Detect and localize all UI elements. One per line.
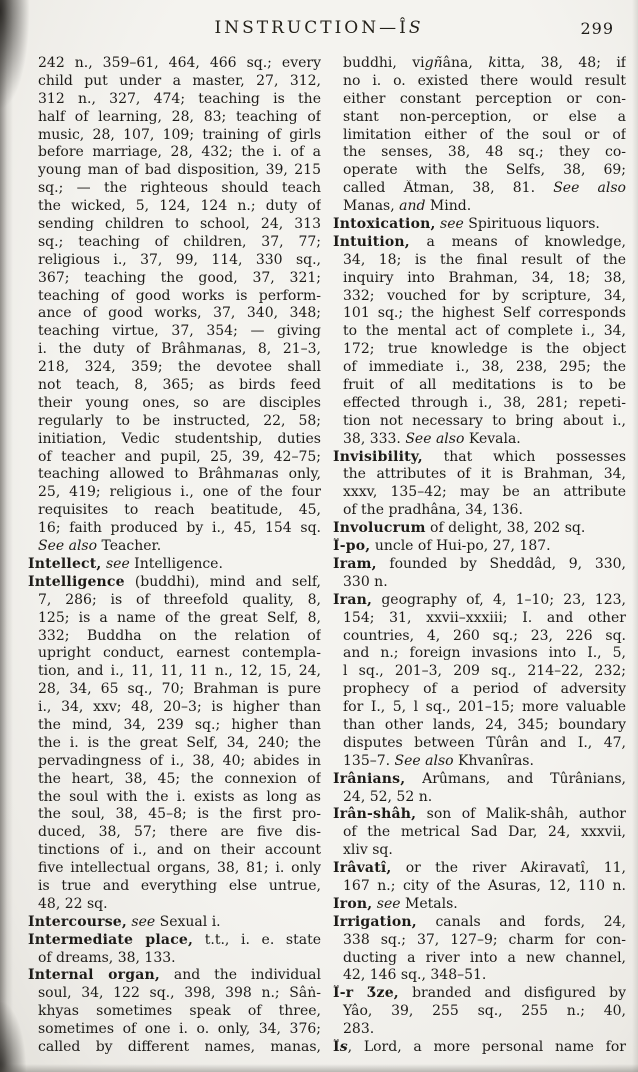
text-run: 7, 286; is of threefold quality, 8, [38,592,321,608]
text-run: n [217,341,226,357]
index-line: five intellectual organs, 38, 81; i. onl… [28,860,321,878]
index-line: 172; true knowledge is the object [333,341,626,359]
index-line: 125; is a name of the great Self, 8, [28,610,321,628]
text-run: khyas sometimes speak of three, [38,1003,321,1019]
text-run: xxxv, 135–42; may be an attribute [343,484,626,500]
text-run: canals and fords, 24, [417,914,626,930]
text-run: 34, 18; is the final result of the [343,252,626,268]
text-run: 42, 146 sq., 348–51. [343,967,486,983]
index-line: called Âtman, 38, 81. See also [333,180,626,198]
text-run: branded and disfigured by [399,985,626,1001]
index-entry-line: Iron, see Metals. [333,896,626,914]
text-run: religious i., 37, 99, 114, 330 sq., [38,252,321,268]
text-run: sending children to school, 24, 313 [38,216,321,232]
index-line: 167 n.; city of the Asuras, 12, 110 n. [333,878,626,896]
index-line: the i. is the great Self, 34, 240; the [28,735,321,753]
entry-headword: Î-r Ʒze, [333,985,399,1001]
text-run: 25, 419; religious i., one of the four [38,484,321,500]
text-run: 16; faith produced by i., 45, 154 sq. [38,520,321,536]
text-run: Khvanîras. [454,753,534,769]
text-run: Sexual i. [155,914,220,930]
text-run: to the mental act of complete i., 34, [343,323,626,339]
text-run: either constant perception or con- [343,91,626,107]
index-line: 28, 34, 65 sq., 70; Brahman is pure [28,681,321,699]
text-run: âna, [443,55,489,71]
text-run: pervadingness of i., 38, 40; abides in [38,753,321,769]
text-run: the mind, 34, 239 sq.; higher than [38,717,321,733]
text-run: fruit of all meditations is to be [343,377,626,393]
text-run: disputes between Tûrân and I., 47, [343,735,626,751]
index-entry-line: Intuition, a means of knowledge, [333,234,626,252]
index-line: effected through i., 38, 281; repeti- [333,395,626,413]
index-line: requisites to reach beatitude, 45, [28,502,321,520]
text-run: 332; Buddha on the relation of [38,628,321,644]
index-line: of dreams, 38, 133. [28,950,321,968]
text-run: gñ [425,55,443,71]
entry-headword: Intuition, [333,234,410,250]
index-line: and n.; foreign invasions into I., 5, [333,645,626,663]
text-columns: 242 n., 359–61, 464, 466 sq.; everychild… [28,55,626,1057]
page-number: 299 [580,19,614,38]
index-line: 101 sq.; the highest Self corresponds [333,305,626,323]
index-entry-line: Î-r Ʒze, branded and disfigured by [333,985,626,1003]
text-run: requisites to reach beatitude, 45, [38,502,321,518]
text-run: 101 sq.; the highest Self corresponds [343,305,626,321]
text-run: teaching of good works is perform- [38,288,321,304]
text-run: , Lord, a more personal name for [348,1039,626,1055]
index-line: 218, 324, 359; the devotee shall [28,359,321,377]
index-line: sq.; — the righteous should teach [28,180,321,198]
text-run: music, 28, 107, 109; training of girls [38,127,321,143]
entry-headword: Intelligence [28,574,125,590]
text-run: 167 n.; city of the Asuras, 12, 110 n. [343,878,626,894]
text-run: young man of bad disposition, 39, 215 [38,162,321,178]
text-run: 332; vouched for by scripture, 34, [343,288,626,304]
index-line: teaching allowed to Brâhmanas only, [28,466,321,484]
index-line: khyas sometimes speak of three, [28,1003,321,1021]
index-entry-line: Î-po, uncle of Hui-po, 27, 187. [333,538,626,556]
index-line: inquiry into Brahman, 34, 18; 38, [333,270,626,288]
scan-edge-shadow-right [632,0,638,1072]
text-run: geography of, 4, 1–10; 23, 123, [372,592,626,608]
entry-headword: Intoxication, [333,216,436,232]
text-run: i., 34, xxv; 48, 20–3; is higher than [38,699,321,715]
index-line: not teach, 8, 365; as birds feed [28,377,321,395]
index-line: limitation either of the soul or of [333,127,626,145]
index-line: sq.; teaching of children, 37, 77; [28,234,321,252]
text-run: countries, 4, 260 sq.; 23, 226 sq. [343,628,626,644]
entry-headword: Irrigation, [333,914,417,930]
text-run: son of Malik-shâh, author [416,806,626,822]
index-line: 283. [333,1021,626,1039]
scan-corner-shadow-top-left [0,0,30,110]
index-line: young man of bad disposition, 39, 215 [28,162,321,180]
index-line: disputes between Tûrân and I., 47, [333,735,626,753]
text-run: (buddhi), mind and self, [125,574,321,590]
text-run: half of learning, 28, 83; teaching of [38,109,321,125]
text-run: Yâo, 39, 255 sq., 255 n.; 40, [343,1003,626,1019]
index-line: of the pradhâna, 34, 136. [333,502,626,520]
index-entry-line: Îs, Lord, a more personal name for [333,1039,626,1057]
index-line: the senses, 38, 48 sq.; they co- [333,144,626,162]
text-run: of immediate i., 38, 238, 295; the [343,359,626,375]
text-run: founded by Sheddâd, 9, 330, [377,556,626,572]
text-run: tinctions of i., and on their account [38,842,321,858]
text-run: see [440,216,464,232]
text-run: Metals. [401,896,458,912]
index-line: ducting a river into a new channel, [333,950,626,968]
index-line: fruit of all meditations is to be [333,377,626,395]
index-line: xxxv, 135–42; may be an attribute [333,484,626,502]
text-run: teaching virtue, 37, 354; — giving [38,323,321,339]
entry-headword: Intermediate place, [28,932,193,948]
index-line: operate with the Selfs, 38, 69; [333,162,626,180]
index-line: the soul, 38, 45–8; is the first pro- [28,806,321,824]
text-run: INSTRUCTION—Î [215,18,409,38]
text-run: See also [405,431,464,447]
text-run: 338 sq.; 37, 127–9; charm for con- [343,932,626,948]
text-run: k [488,55,496,71]
text-run: uncle of Hui-po, 27, 187. [370,538,550,554]
text-run: 242 n., 359–61, 464, 466 sq.; every [38,55,321,71]
text-column-right: buddhi, vigñâna, kitta, 38, 48; ifno i. … [333,55,626,1057]
text-run: upright conduct, earnest contempla- [38,645,321,661]
index-line: sending children to school, 24, 313 [28,216,321,234]
entry-headword: Involucrum [333,520,426,536]
index-line: 16; faith produced by i., 45, 154 sq. [28,520,321,538]
index-line: to the mental act of complete i., 34, [333,323,626,341]
entry-headword: s [340,1039,348,1055]
index-line: 135–7. See also Khvanîras. [333,753,626,771]
index-line: soul, 34, 122 sq., 398, 398 n.; Sâṅ- [28,985,321,1003]
text-run: as only, [263,466,321,482]
text-run: of delight, 38, 202 sq. [426,520,586,536]
text-run: of dreams, 38, 133. [38,950,176,966]
index-line: upright conduct, earnest contempla- [28,645,321,663]
text-run: initiation, Vedic studentship, duties [38,431,321,447]
index-line: of immediate i., 38, 238, 295; the [333,359,626,377]
text-run: the heart, 38, 45; the connexion of [38,771,321,787]
text-run: of the pradhâna, 34, 136. [343,502,523,518]
text-run: duced, 38, 57; there are five dis- [38,824,321,840]
book-page: INSTRUCTION—ÎS 299 242 n., 359–61, 464, … [0,0,638,1072]
text-run: 283. [343,1021,374,1037]
index-line: of the metrical Sad Dar, 24, xxxvii, [333,824,626,842]
text-run: 135–7. [343,753,395,769]
text-run: no i. o. existed there would result [343,73,626,89]
index-line: 312 n., 327, 474; teaching is the [28,91,321,109]
entry-headword: Internal organ, [28,967,160,983]
index-line: teaching virtue, 37, 354; — giving [28,323,321,341]
index-line: l sq., 201–3, 209 sq., 214–22, 232; [333,663,626,681]
text-run: prophecy of a period of adversity [343,681,626,697]
entry-headword: Intercourse, [28,914,127,930]
text-run: teaching allowed to Brâhma [38,466,254,482]
index-line: prophecy of a period of adversity [333,681,626,699]
index-entry-line: Intermediate place, t.t., i. e. state [28,932,321,950]
text-run: operate with the Selfs, 38, 69; [343,162,626,178]
text-run: Manas, [343,198,399,214]
scan-edge-shadow-bottom [0,1064,638,1072]
text-run: see [377,896,401,912]
text-run: inquiry into Brahman, 34, 18; 38, [343,270,626,286]
text-run: i. the duty of Brâhma [38,341,217,357]
index-line: 38, 333. See also Kevala. [333,431,626,449]
text-run: and the individual [160,967,321,983]
scan-corner-shadow-bottom-left [0,1002,26,1072]
index-line: countries, 4, 260 sq.; 23, 226 sq. [333,628,626,646]
index-line: initiation, Vedic studentship, duties [28,431,321,449]
entry-headword: Intellect, [28,556,102,572]
text-run: l sq., 201–3, 209 sq., 214–22, 232; [343,663,626,679]
entry-headword: Irâvatî, [333,860,391,876]
text-run: 125; is a name of the great Self, 8, [38,610,321,626]
index-line: is true and everything else untrue, [28,878,321,896]
running-header-title: INSTRUCTION—ÎS [0,18,638,38]
index-line: 367; teaching the good, 37, 321; [28,270,321,288]
text-run: sq.; — the righteous should teach [38,180,321,196]
index-line: buddhi, vigñâna, kitta, 38, 48; if [333,55,626,73]
text-column-left: 242 n., 359–61, 464, 466 sq.; everychild… [28,55,321,1057]
text-run: Arûmans, and Tûrânians, [405,771,626,787]
text-run: that which possesses [423,449,626,465]
index-line: their young ones, so are disciples [28,395,321,413]
text-run: called Âtman, 38, 81. [343,180,553,196]
text-run: See also [38,538,97,554]
text-run: their young ones, so are disciples [38,395,321,411]
text-run: effected through i., 38, 281; repeti- [343,395,626,411]
index-line: i. the duty of Brâhmanas, 8, 21–3, [28,341,321,359]
text-run: soul, 34, 122 sq., 398, 398 n.; Sâṅ- [38,985,321,1001]
index-line: 332; vouched for by scripture, 34, [333,288,626,306]
index-line: tinctions of i., and on their account [28,842,321,860]
index-line: either constant perception or con- [333,91,626,109]
text-run: Spirituous liquors. [464,216,600,232]
text-run: xliv sq. [343,842,393,858]
index-line: than other lands, 24, 345; boundary [333,717,626,735]
index-line: duced, 38, 57; there are five dis- [28,824,321,842]
entry-headword: Iram, [333,556,377,572]
index-line: 48, 22 sq. [28,896,321,914]
index-entry-line: Irâvatî, or the river Akiravatî, 11, [333,860,626,878]
text-run: before marriage, 28, 432; the i. of a [38,144,321,160]
text-run: 38, 333. [343,431,405,447]
index-line: no i. o. existed there would result [333,73,626,91]
text-run: and n.; foreign invasions into I., 5, [343,645,626,661]
index-line: Yâo, 39, 255 sq., 255 n.; 40, [333,1003,626,1021]
index-line: xliv sq. [333,842,626,860]
text-run: Teacher. [97,538,161,554]
index-line: child put under a master, 27, 312, [28,73,321,91]
text-run: ducting a river into a new channel, [343,950,626,966]
index-entry-line: Internal organ, and the individual [28,967,321,985]
index-line: 7, 286; is of threefold quality, 8, [28,592,321,610]
index-line: stant non-perception, or else a [333,109,626,127]
text-run: k [531,860,539,876]
text-run: Kevala. [464,431,520,447]
text-run: tion, and i., 11, 11, 11 n., 12, 15, 24, [38,663,321,679]
entry-headword: Iran, [333,592,372,608]
index-line: 42, 146 sq., 348–51. [333,967,626,985]
entry-headword: Irânians, [333,771,405,787]
text-run: the senses, 38, 48 sq.; they co- [343,144,626,160]
entry-headword: Iron, [333,896,372,912]
text-run: ance of good works, 37, 340, 348; [38,305,321,321]
text-run: not teach, 8, 365; as birds feed [38,377,321,393]
text-run: 154; 31, xxvii–xxxiii; I. and other [343,610,626,626]
text-run: of the metrical Sad Dar, 24, xxxvii, [343,824,626,840]
index-line: 24, 52, 52 n. [333,789,626,807]
text-run: the soul, 38, 45–8; is the first pro- [38,806,321,822]
text-run: itta, 38, 48; if [497,55,626,71]
text-run: or the river A [391,860,530,876]
index-entry-line: Intellect, see Intelligence. [28,556,321,574]
text-run: sq.; teaching of children, 37, 77; [38,234,321,250]
index-entry-line: Iran, geography of, 4, 1–10; 23, 123, [333,592,626,610]
text-run: See also [553,180,626,196]
scan-edge-shadow-left [0,0,13,1072]
text-run: see [131,914,155,930]
text-run: 28, 34, 65 sq., 70; Brahman is pure [38,681,321,697]
text-run: 367; teaching the good, 37, 321; [38,270,321,286]
index-line: 330 n. [333,574,626,592]
index-line: of teacher and pupil, 25, 39, 42–75; [28,449,321,467]
text-run: called by different names, manas, [38,1039,321,1055]
index-line: the mind, 34, 239 sq.; higher than [28,717,321,735]
index-line: tion not necessary to bring about i., [333,413,626,431]
index-entry-line: Intercourse, see Sexual i. [28,914,321,932]
index-line: regularly to be instructed, 22, 58; [28,413,321,431]
text-run: sometimes of one i. o. only, 34, 376; [38,1021,321,1037]
index-entry-line: Intoxication, see Spirituous liquors. [333,216,626,234]
text-run: a means of knowledge, [410,234,626,250]
entry-headword: Invisibility, [333,449,423,465]
text-run: the soul with the i. exists as long as [38,789,321,805]
text-run: t.t., i. e. state [193,932,321,948]
index-line: for I., 5, l sq., 201–15; more valuable [333,699,626,717]
index-line: tion, and i., 11, 11, 11 n., 12, 15, 24, [28,663,321,681]
text-run: for I., 5, l sq., 201–15; more valuable [343,699,626,715]
text-run: than other lands, 24, 345; boundary [343,717,626,733]
index-line: 34, 18; is the final result of the [333,252,626,270]
index-line: Manas, and Mind. [333,198,626,216]
index-line: 332; Buddha on the relation of [28,628,321,646]
index-line: called by different names, manas, [28,1039,321,1057]
index-line: 25, 419; religious i., one of the four [28,484,321,502]
text-run: iravatî, 11, [539,860,626,876]
text-run: See also [395,753,454,769]
text-run: of teacher and pupil, 25, 39, 42–75; [38,449,321,465]
text-run: 330 n. [343,574,388,590]
text-run: regularly to be instructed, 22, 58; [38,413,321,429]
index-line: the soul with the i. exists as long as [28,789,321,807]
index-line: i., 34, xxv; 48, 20–3; is higher than [28,699,321,717]
text-run: limitation either of the soul or of [343,127,626,143]
entry-headword: Irân-shâh, [333,806,416,822]
text-run: n [254,466,263,482]
index-line: 242 n., 359–61, 464, 466 sq.; every [28,55,321,73]
text-run: Intelligence. [130,556,223,572]
index-entry-line: Iram, founded by Sheddâd, 9, 330, [333,556,626,574]
index-entry-line: Intelligence (buddhi), mind and self, [28,574,321,592]
text-run: 48, 22 sq. [38,896,108,912]
text-run: the wicked, 5, 124, 124 n.; duty of [38,198,321,214]
text-run: is true and everything else untrue, [38,878,321,894]
index-line: 338 sq.; 37, 127–9; charm for con- [333,932,626,950]
index-line: before marriage, 28, 432; the i. of a [28,144,321,162]
index-line: teaching of good works is perform- [28,288,321,306]
index-line: the attributes of it is Brahman, 34, [333,466,626,484]
text-run: buddhi, vi [343,55,425,71]
index-line: pervadingness of i., 38, 40; abides in [28,753,321,771]
text-run: child put under a master, 27, 312, [38,73,321,89]
text-run: five intellectual organs, 38, 81; i. onl… [38,860,321,876]
index-entry-line: Irânians, Arûmans, and Tûrânians, [333,771,626,789]
index-entry-line: Invisibility, that which possesses [333,449,626,467]
index-line: the wicked, 5, 124, 124 n.; duty of [28,198,321,216]
text-run: stant non-perception, or else a [343,109,626,125]
index-line: religious i., 37, 99, 114, 330 sq., [28,252,321,270]
text-run: 24, 52, 52 n. [343,789,432,805]
entry-headword: Î-po, [333,538,370,554]
index-line: See also Teacher. [28,538,321,556]
text-run: 218, 324, 359; the devotee shall [38,359,321,375]
text-run: and [399,198,425,214]
text-run: the attributes of it is Brahman, 34, [343,466,626,482]
index-entry-line: Irrigation, canals and fords, 24, [333,914,626,932]
text-run: Mind. [425,198,471,214]
index-line: ance of good works, 37, 340, 348; [28,305,321,323]
index-line: 154; 31, xxvii–xxxiii; I. and other [333,610,626,628]
text-run: 172; true knowledge is the object [343,341,626,357]
running-header: INSTRUCTION—ÎS 299 [0,18,638,40]
entry-headword: Î [333,1039,340,1055]
text-run: the i. is the great Self, 34, 240; the [38,735,321,751]
index-line: half of learning, 28, 83; teaching of [28,109,321,127]
text-run: S [409,18,424,38]
index-line: sometimes of one i. o. only, 34, 376; [28,1021,321,1039]
index-entry-line: Irân-shâh, son of Malik-shâh, author [333,806,626,824]
index-entry-line: Involucrum of delight, 38, 202 sq. [333,520,626,538]
text-run: see [106,556,130,572]
text-run: tion not necessary to bring about i., [343,413,626,429]
text-run: as, 8, 21–3, [226,341,321,357]
text-run: 312 n., 327, 474; teaching is the [38,91,321,107]
index-line: the heart, 38, 45; the connexion of [28,771,321,789]
index-line: music, 28, 107, 109; training of girls [28,127,321,145]
